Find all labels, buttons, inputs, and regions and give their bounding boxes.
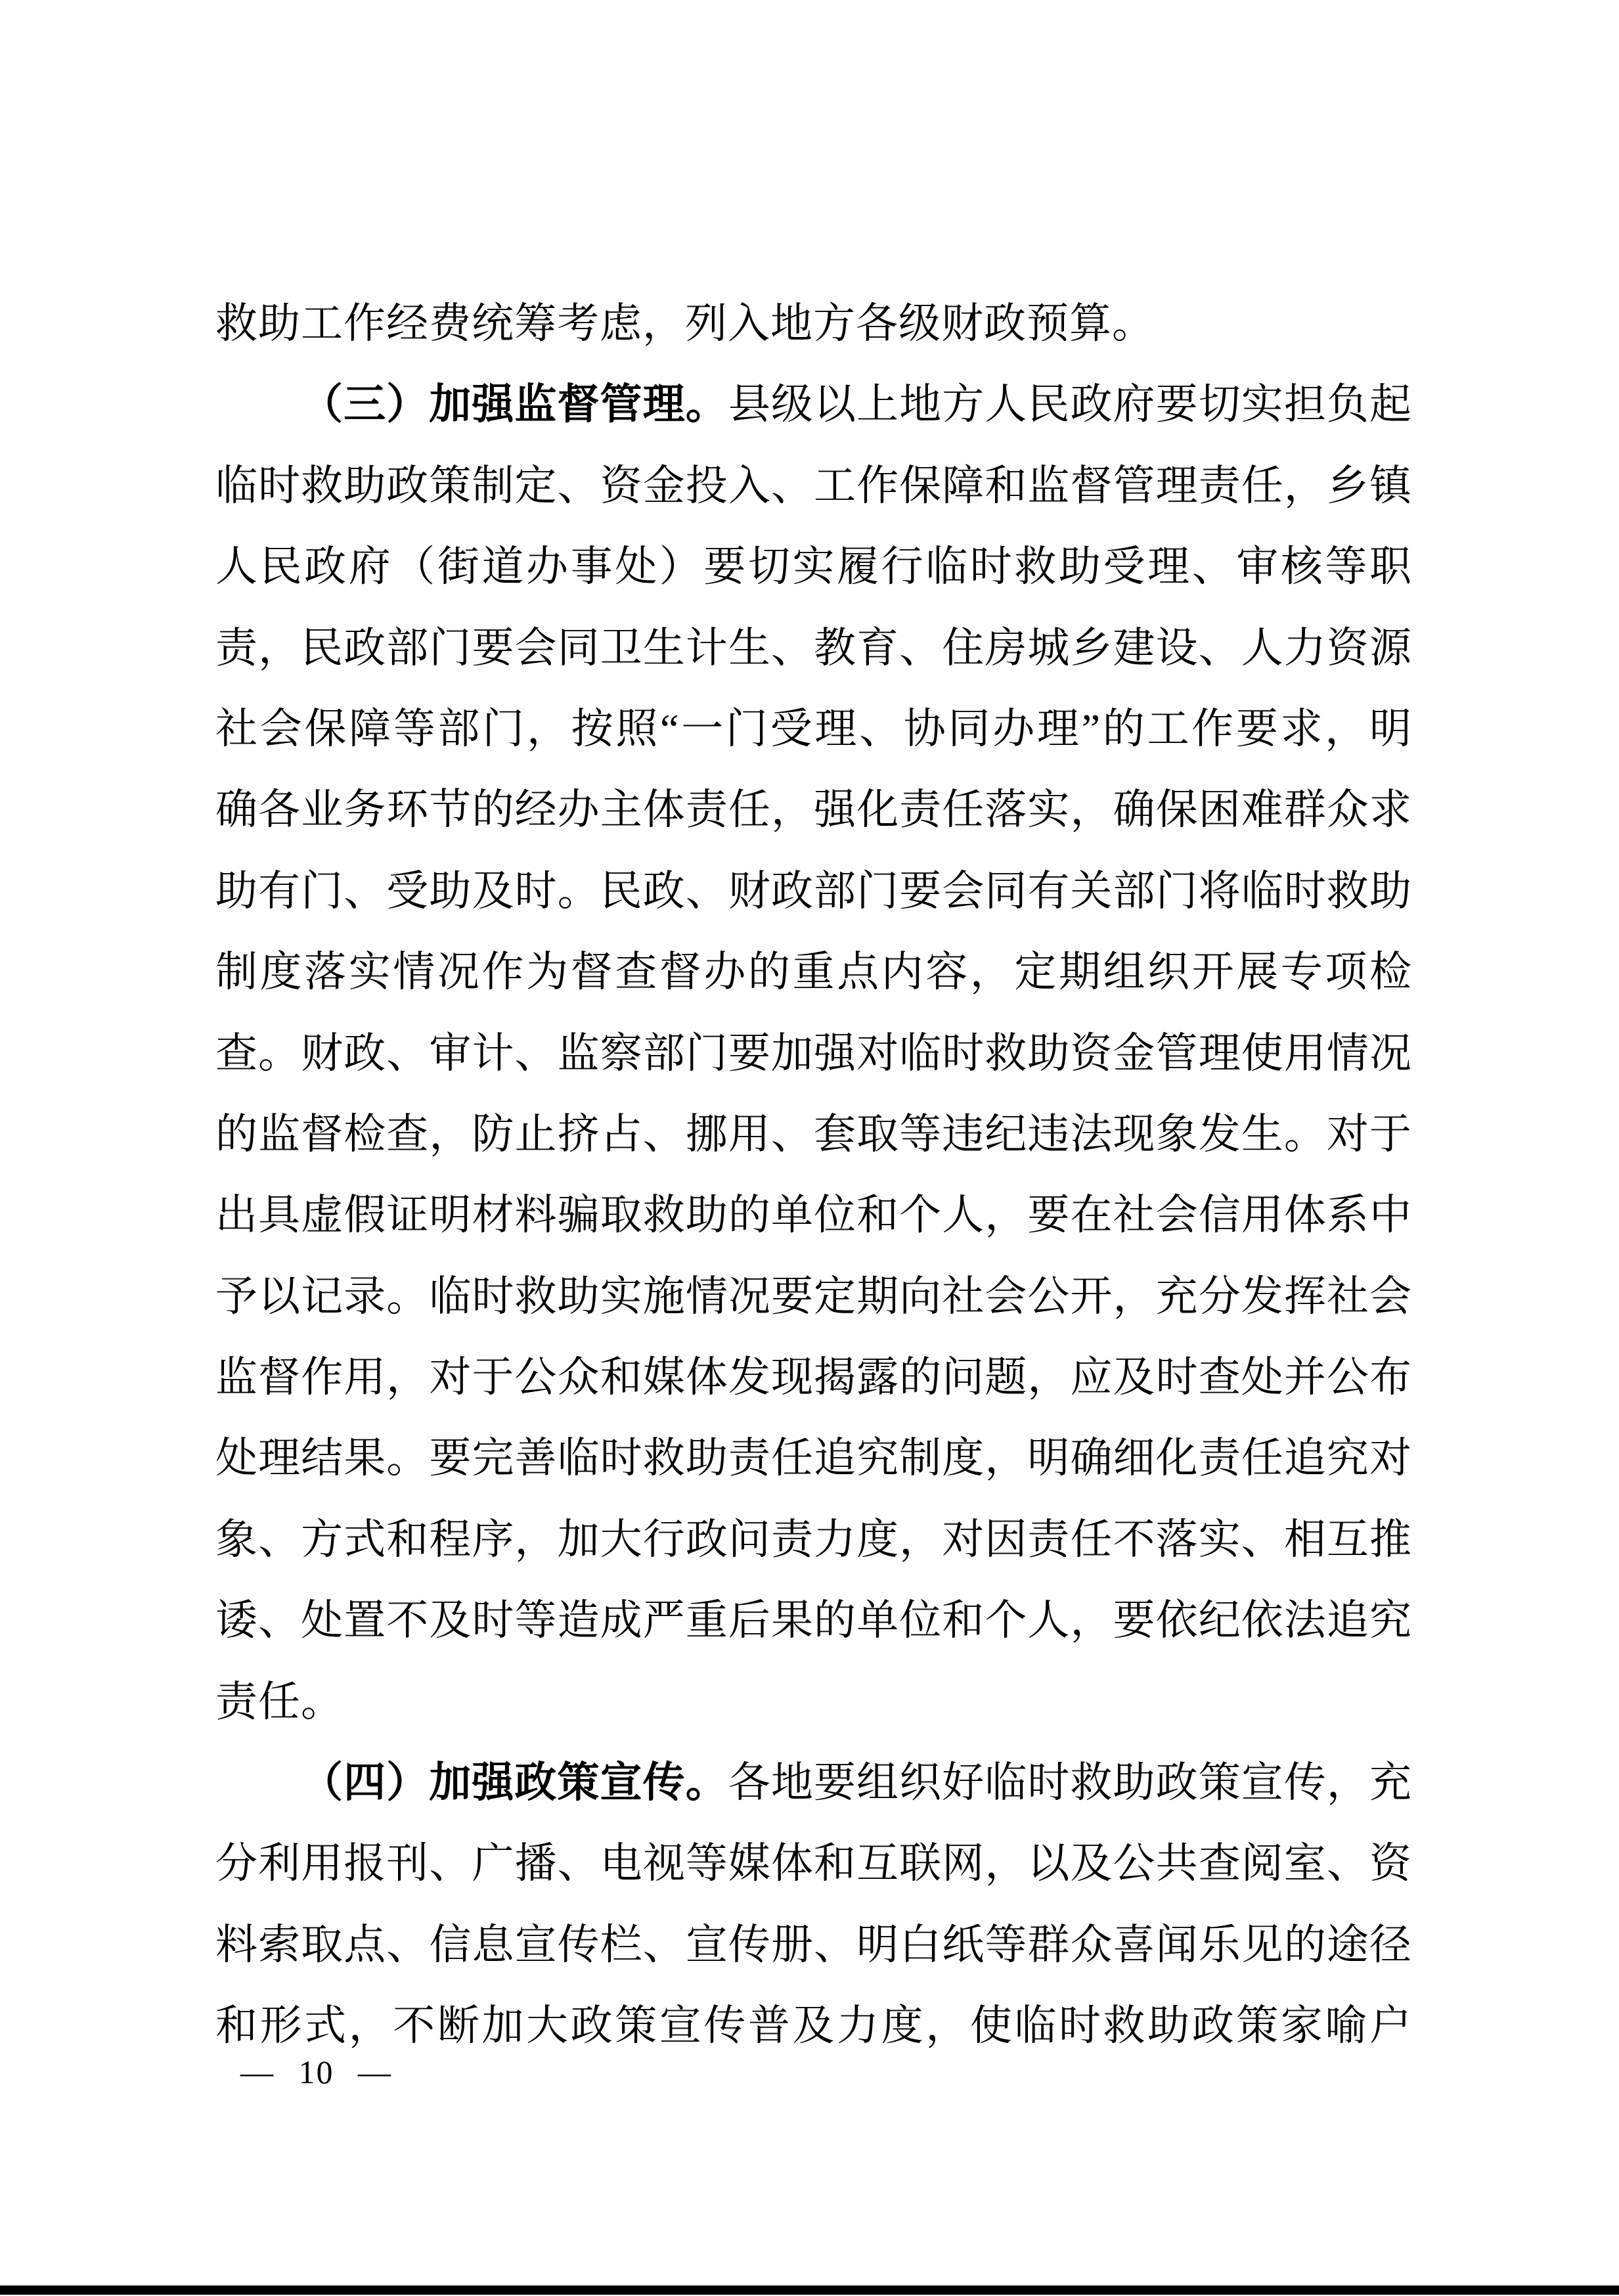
- line-text: 予以记录。临时救助实施情况要定期向社会公开，充分发挥社会: [215, 1273, 1412, 1320]
- line-text: 临时救助政策制定、资金投入、工作保障和监督管理责任，乡镇: [215, 462, 1412, 509]
- line-text: 助有门、受助及时。民政、财政部门要会同有关部门将临时救助: [215, 868, 1412, 914]
- text-line: 临时救助政策制定、资金投入、工作保障和监督管理责任，乡镇: [215, 445, 1412, 526]
- line-text: 县级以上地方人民政府要切实担负起: [728, 381, 1412, 428]
- scan-edge-artifact-bar: [0, 2285, 1619, 2295]
- text-line: 人民政府（街道办事处）要切实履行临时救助受理、审核等职: [215, 526, 1412, 607]
- line-text: 处理结果。要完善临时救助责任追究制度，明确细化责任追究对: [215, 1435, 1412, 1481]
- text-line: 和形式，不断加大政策宣传普及力度，使临时救助政策家喻户: [215, 1985, 1412, 2066]
- text-line: 料索取点、信息宣传栏、宣传册、明白纸等群众喜闻乐见的途径: [215, 1904, 1412, 1985]
- text-line: （四）加强政策宣传。各地要组织好临时救助政策宣传，充: [215, 1742, 1412, 1823]
- text-line: 诿、处置不及时等造成严重后果的单位和个人，要依纪依法追究: [215, 1580, 1412, 1661]
- text-line: 制度落实情况作为督查督办的重点内容，定期组织开展专项检: [215, 932, 1412, 1012]
- line-text: 的监督检查，防止挤占、挪用、套取等违纪违法现象发生。对于: [215, 1111, 1412, 1158]
- text-line: 的监督检查，防止挤占、挪用、套取等违纪违法现象发生。对于: [215, 1094, 1412, 1175]
- text-line: 监督作用，对于公众和媒体发现揭露的问题，应及时查处并公布: [215, 1337, 1412, 1418]
- section-heading: （四）加强政策宣传。: [301, 1759, 728, 1806]
- line-text: 各地要组织好临时救助政策宣传，充: [728, 1759, 1412, 1806]
- text-line: 予以记录。临时救助实施情况要定期向社会公开，充分发挥社会: [215, 1256, 1412, 1337]
- text-line: 分利用报刊、广播、电视等媒体和互联网，以及公共查阅室、资: [215, 1823, 1412, 1904]
- text-line: 出具虚假证明材料骗取救助的单位和个人，要在社会信用体系中: [215, 1175, 1412, 1255]
- line-text: 制度落实情况作为督查督办的重点内容，定期组织开展专项检: [215, 949, 1412, 995]
- text-line: 象、方式和程序，加大行政问责力度，对因责任不落实、相互推: [215, 1499, 1412, 1580]
- line-text: 分利用报刊、广播、电视等媒体和互联网，以及公共查阅室、资: [215, 1840, 1412, 1887]
- text-line: 社会保障等部门，按照“一门受理、协同办理”的工作要求，明: [215, 688, 1412, 769]
- page-number: — 10 —: [240, 2052, 392, 2092]
- text-line: 助有门、受助及时。民政、财政部门要会同有关部门将临时救助: [215, 851, 1412, 932]
- line-text: 和形式，不断加大政策宣传普及力度，使临时救助政策家喻户: [215, 2002, 1412, 2049]
- line-text: 监督作用，对于公众和媒体发现揭露的问题，应及时查处并公布: [215, 1354, 1412, 1401]
- line-text: 责，民政部门要会同卫生计生、教育、住房城乡建设、人力资源: [215, 625, 1412, 671]
- line-text: 救助工作经费统筹考虑，列入地方各级财政预算。: [215, 300, 1155, 347]
- line-text: 料索取点、信息宣传栏、宣传册、明白纸等群众喜闻乐见的途径: [215, 1922, 1412, 1968]
- line-text: 确各业务环节的经办主体责任，强化责任落实，确保困难群众求: [215, 786, 1412, 833]
- text-line: 责，民政部门要会同卫生计生、教育、住房城乡建设、人力资源: [215, 608, 1412, 688]
- text-line: 确各业务环节的经办主体责任，强化责任落实，确保困难群众求: [215, 769, 1412, 850]
- line-text: 社会保障等部门，按照“一门受理、协同办理”的工作要求，明: [215, 706, 1412, 752]
- line-text: 诿、处置不及时等造成严重后果的单位和个人，要依纪依法追究: [215, 1597, 1412, 1644]
- document-body: 救助工作经费统筹考虑，列入地方各级财政预算。 （三）加强监督管理。县级以上地方人…: [215, 283, 1412, 2067]
- text-line: （三）加强监督管理。县级以上地方人民政府要切实担负起: [215, 364, 1412, 445]
- line-text: 出具虚假证明材料骗取救助的单位和个人，要在社会信用体系中: [215, 1192, 1412, 1238]
- text-line: 救助工作经费统筹考虑，列入地方各级财政预算。: [215, 283, 1412, 364]
- line-text: 象、方式和程序，加大行政问责力度，对因责任不落实、相互推: [215, 1516, 1412, 1563]
- text-line: 处理结果。要完善临时救助责任追究制度，明确细化责任追究对: [215, 1418, 1412, 1498]
- text-line: 责任。: [215, 1661, 1412, 1742]
- section-heading: （三）加强监督管理。: [301, 381, 728, 428]
- line-text: 查。财政、审计、监察部门要加强对临时救助资金管理使用情况: [215, 1030, 1412, 1077]
- text-line: 查。财政、审计、监察部门要加强对临时救助资金管理使用情况: [215, 1013, 1412, 1094]
- line-text: 责任。: [215, 1678, 344, 1725]
- document-page: 救助工作经费统筹考虑，列入地方各级财政预算。 （三）加强监督管理。县级以上地方人…: [0, 0, 1619, 2296]
- line-text: 人民政府（街道办事处）要切实履行临时救助受理、审核等职: [215, 543, 1412, 590]
